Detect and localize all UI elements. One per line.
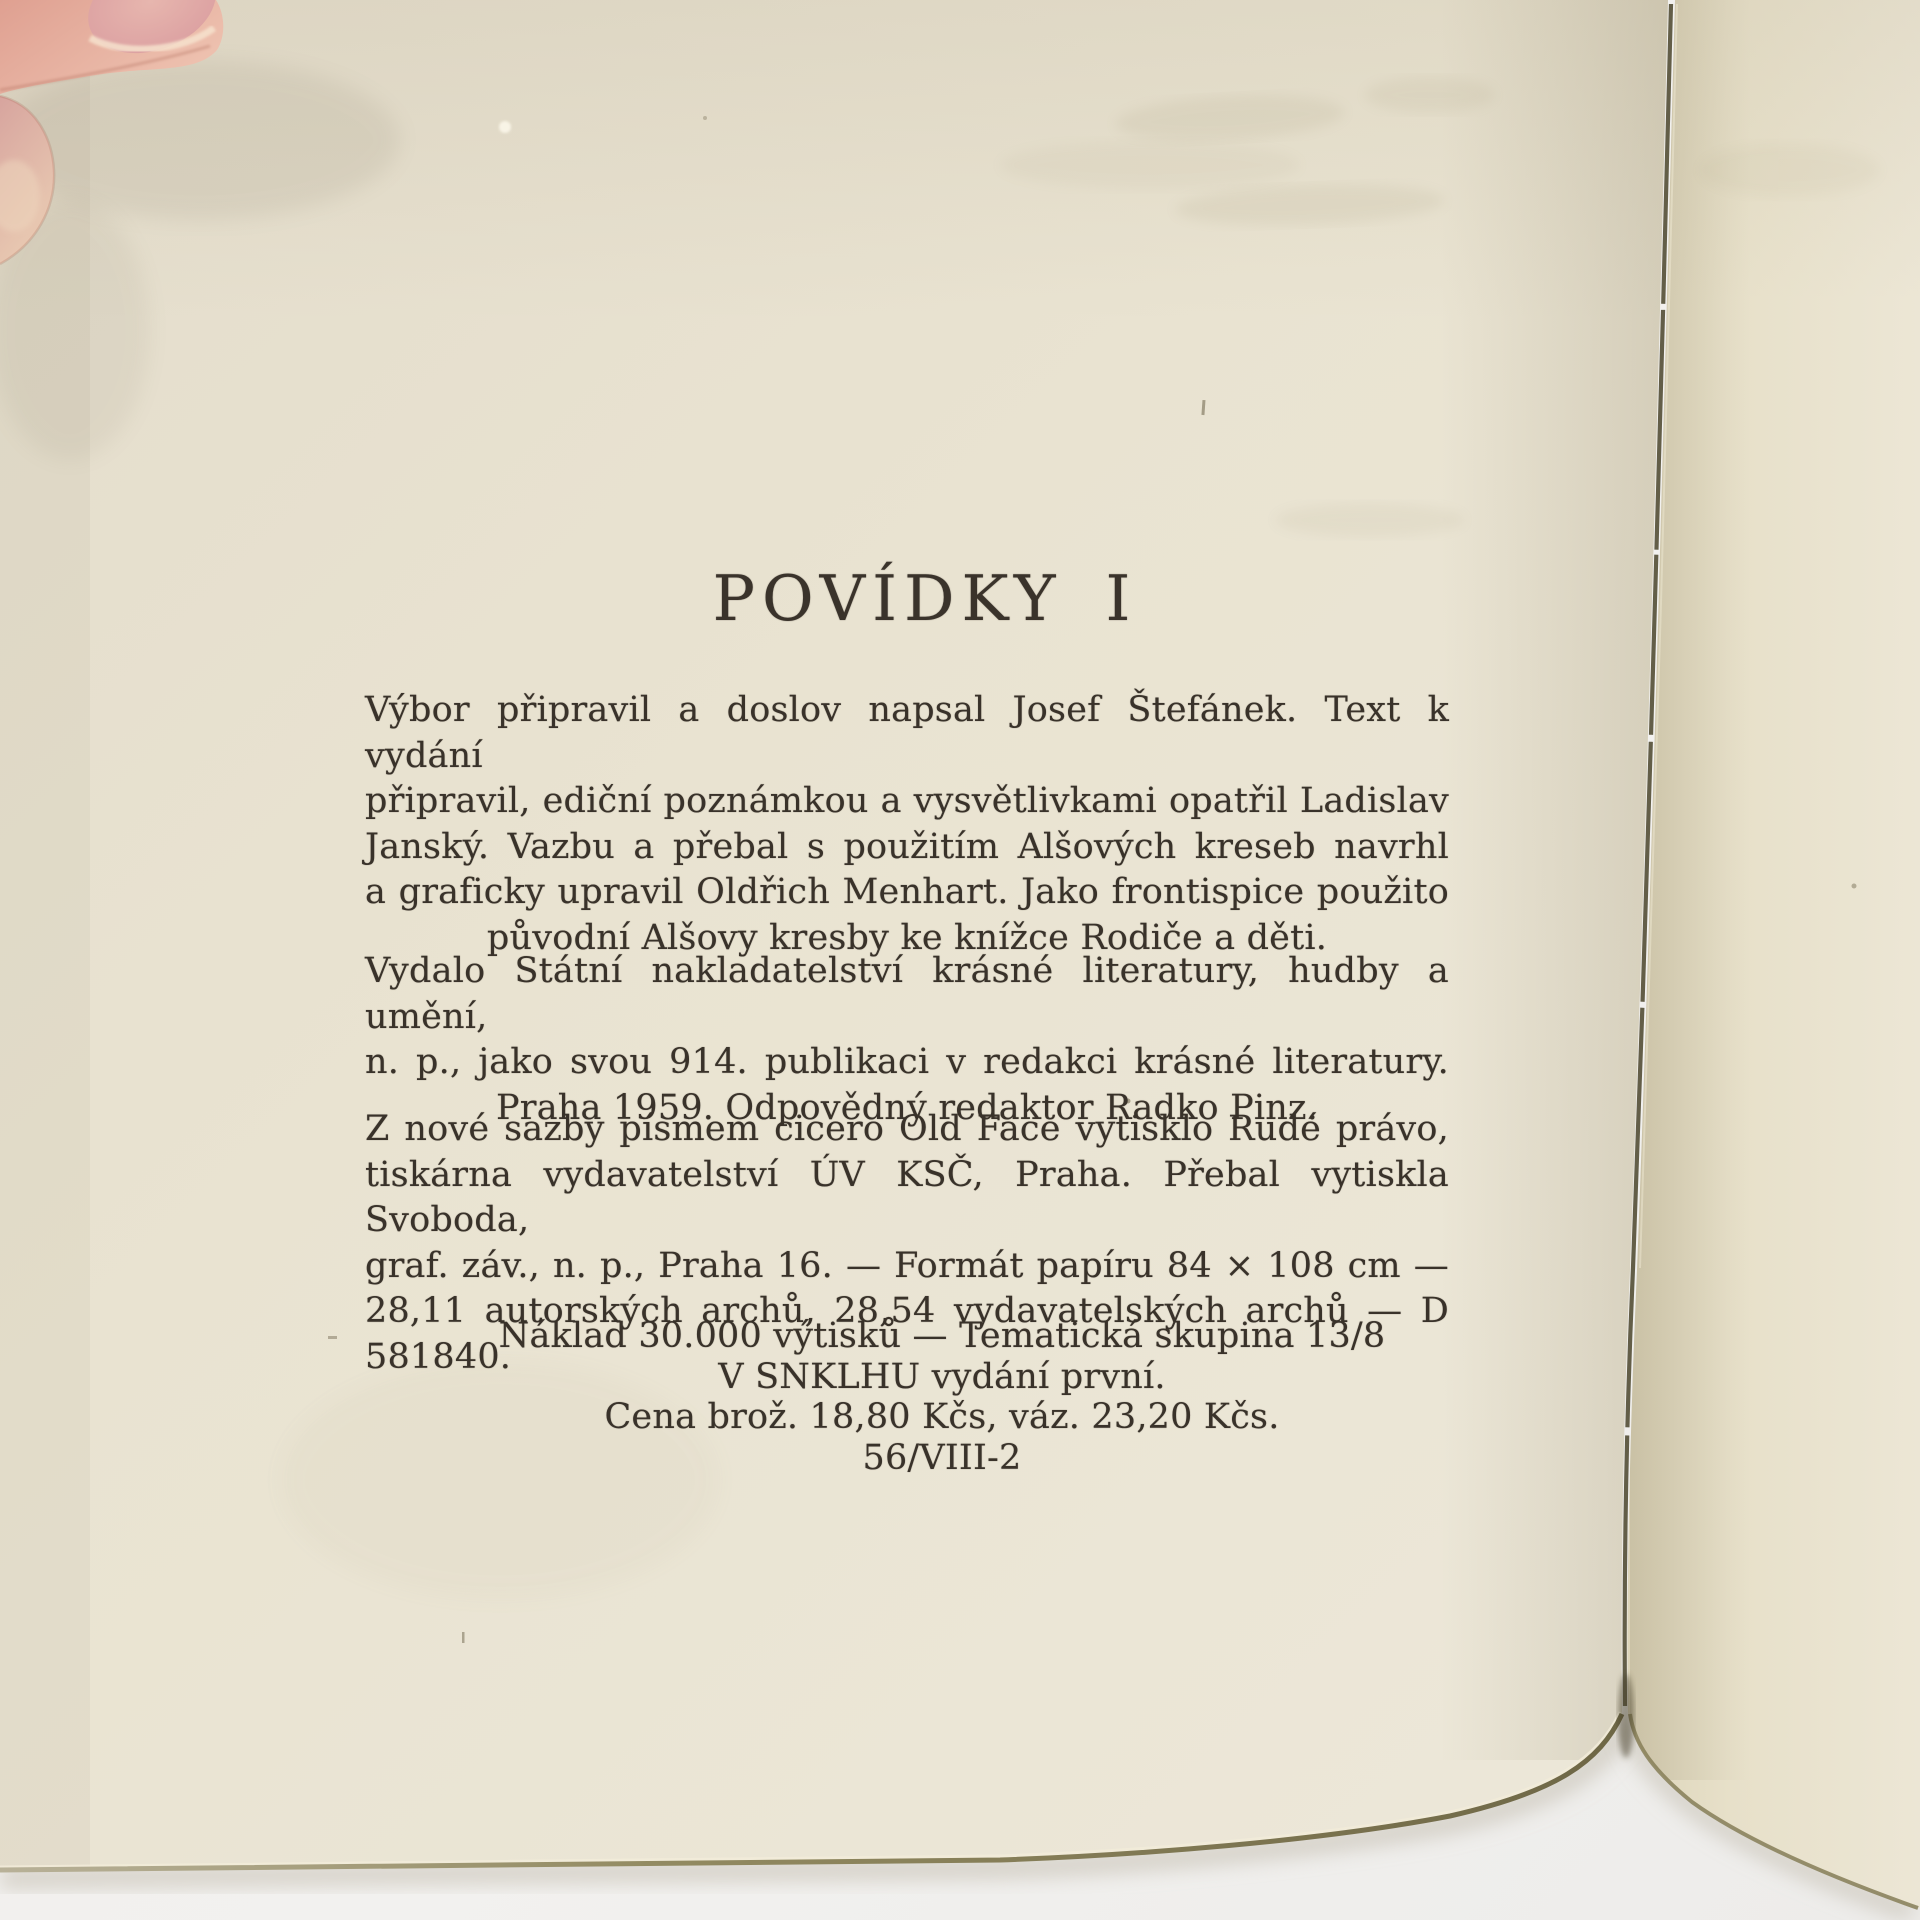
imprint-line: graf. záv., n. p., Praha 16. — Formát pa… — [365, 1244, 1449, 1290]
imprint-line: a graficky upravil Oldřich Menhart. Jako… — [365, 870, 1449, 916]
imprint-line: připravil, ediční poznámkou a vysvětlivk… — [365, 779, 1449, 825]
imprint-line: V SNKLHU vydání první. — [402, 1357, 1482, 1398]
book-title: POVÍDKY I — [365, 562, 1485, 636]
imprint-line: Z nové sazby písmem cicero Old Face vyti… — [365, 1107, 1449, 1153]
imprint-page-text: POVÍDKY I Výbor připravil a doslov napsa… — [0, 0, 1920, 1920]
publisher-paragraph: Vydalo Státní nakladatelství krásné lite… — [365, 949, 1449, 1131]
imprint-line: n. p., jako svou 914. publikaci v redakc… — [365, 1040, 1449, 1086]
book-photo-scene: POVÍDKY I Výbor připravil a doslov napsa… — [0, 0, 1920, 1920]
imprint-line: Cena brož. 18,80 Kčs, váz. 23,20 Kčs. — [402, 1397, 1482, 1438]
imprint-line: Náklad 30.000 výtisků — Tematická skupin… — [402, 1316, 1482, 1357]
imprint-line: Výbor připravil a doslov napsal Josef Št… — [365, 688, 1449, 779]
imprint-line: Janský. Vazbu a přebal s použitím Alšový… — [365, 825, 1449, 871]
edition-colophon: Náklad 30.000 výtisků — Tematická skupin… — [402, 1316, 1482, 1478]
imprint-line: Vydalo Státní nakladatelství krásné lite… — [365, 949, 1449, 1040]
imprint-line: tiskárna vydavatelství ÚV KSČ, Praha. Př… — [365, 1153, 1449, 1244]
credits-paragraph: Výbor připravil a doslov napsal Josef Št… — [365, 688, 1449, 961]
edition-code: 56/VIII-2 — [402, 1438, 1482, 1479]
